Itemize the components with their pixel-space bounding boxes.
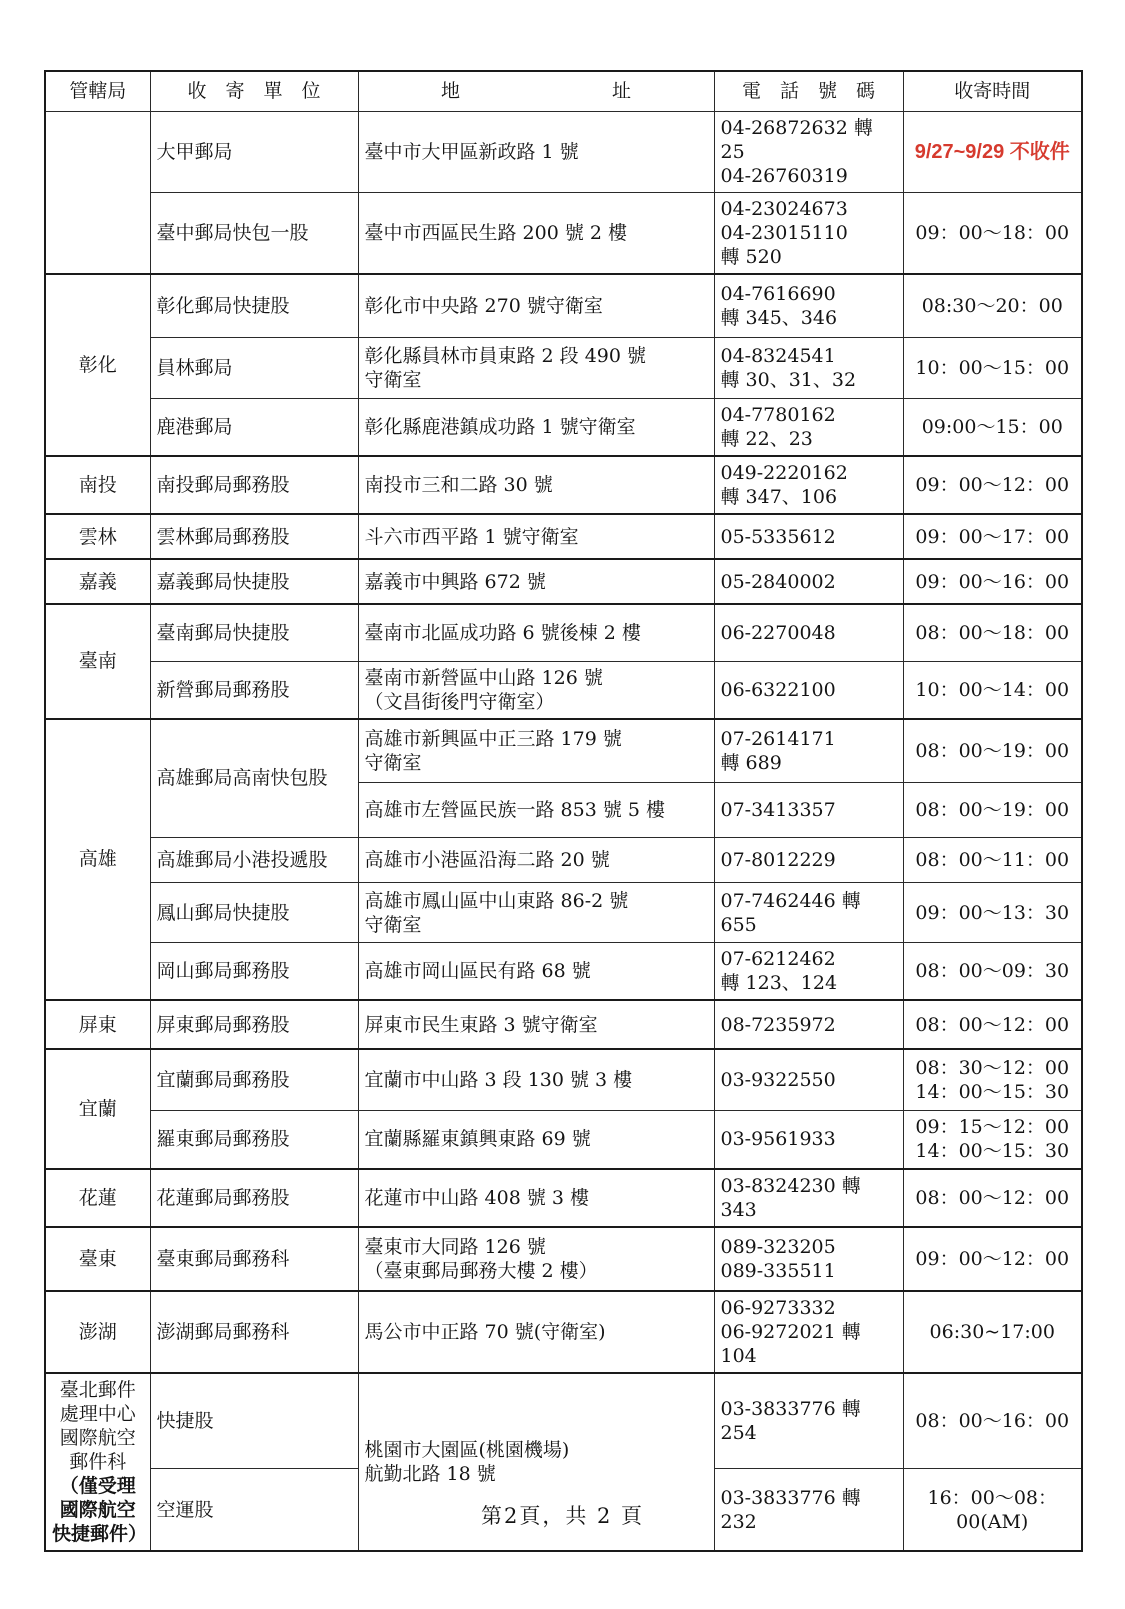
unit-cell: 高雄郵局高南快包股 <box>150 719 358 838</box>
table-row: 羅東郵局郵務股 宜蘭縣羅東鎮興東路 69 號 03-9561933 09：15～… <box>45 1110 1082 1169</box>
bureau-name: 臺北郵件處理中心國際航空郵件科 <box>52 1378 144 1474</box>
time-cell: 10：00～14：00 <box>903 661 1082 719</box>
address-cell: 南投市三和二路 30 號 <box>358 456 714 514</box>
table-row: 澎湖 澎湖郵局郵務科 馬公市中正路 70 號(守衛室) 06-927333206… <box>45 1291 1082 1373</box>
address-cell: 馬公市中正路 70 號(守衛室) <box>358 1291 714 1373</box>
unit-cell: 鳳山郵局快捷股 <box>150 883 358 943</box>
time-cell: 06:30~17:00 <box>903 1291 1082 1373</box>
post-office-table: 管轄局 收 寄 單 位 地 址 電 話 號 碼 收寄時間 大甲郵局 臺中市大甲區… <box>44 70 1083 1552</box>
time-cell: 09：00～12：00 <box>903 1227 1082 1291</box>
time-cell: 08：00～12：00 <box>903 1000 1082 1049</box>
unit-cell: 羅東郵局郵務股 <box>150 1110 358 1169</box>
phone-cell: 04-26872632 轉 2504-26760319 <box>714 111 903 192</box>
address-cell: 高雄市岡山區民有路 68 號 <box>358 943 714 1001</box>
address-cell: 臺東市大同路 126 號（臺東郵局郵務大樓 2 樓） <box>358 1227 714 1291</box>
phone-cell: 06-2270048 <box>714 604 903 661</box>
bureau-cell: 花蓮 <box>45 1169 150 1227</box>
address-cell: 高雄市鳳山區中山東路 86-2 號守衛室 <box>358 883 714 943</box>
table-row: 南投 南投郵局郵務股 南投市三和二路 30 號 049-2220162轉 347… <box>45 456 1082 514</box>
table-row: 臺中郵局快包一股 臺中市西區民生路 200 號 2 樓 04-230246730… <box>45 192 1082 274</box>
address-cell: 高雄市小港區沿海二路 20 號 <box>358 838 714 883</box>
header-time: 收寄時間 <box>903 71 1082 111</box>
unit-cell: 快捷股 <box>150 1373 358 1469</box>
header-bureau: 管轄局 <box>45 71 150 111</box>
table-row: 臺北郵件處理中心國際航空郵件科 （僅受理國際航空快捷郵件） 快捷股 桃園市大園區… <box>45 1373 1082 1469</box>
bureau-cell: 雲林 <box>45 514 150 559</box>
table-row: 臺東 臺東郵局郵務科 臺東市大同路 126 號（臺東郵局郵務大樓 2 樓） 08… <box>45 1227 1082 1291</box>
table-row: 鳳山郵局快捷股 高雄市鳳山區中山東路 86-2 號守衛室 07-7462446 … <box>45 883 1082 943</box>
unit-cell: 雲林郵局郵務股 <box>150 514 358 559</box>
phone-cell: 08-7235972 <box>714 1000 903 1049</box>
bureau-cell: 彰化 <box>45 274 150 457</box>
phone-cell: 089-323205089-335511 <box>714 1227 903 1291</box>
header-unit: 收 寄 單 位 <box>150 71 358 111</box>
page-footer: 第2頁，共 2 頁 <box>0 1500 1125 1530</box>
table-row: 雲林 雲林郵局郵務股 斗六市西平路 1 號守衛室 05-5335612 09：0… <box>45 514 1082 559</box>
time-cell: 08：30～12：0014：00～15：30 <box>903 1049 1082 1110</box>
bureau-cell: 宜蘭 <box>45 1049 150 1169</box>
phone-cell: 07-3413357 <box>714 783 903 838</box>
address-cell: 高雄市新興區中正三路 179 號守衛室 <box>358 719 714 783</box>
address-cell: 屏東市民生東路 3 號守衛室 <box>358 1000 714 1049</box>
bureau-cell: 臺東 <box>45 1227 150 1291</box>
phone-cell: 049-2220162轉 347、106 <box>714 456 903 514</box>
time-cell: 08：00～09：30 <box>903 943 1082 1001</box>
table-row: 彰化 彰化郵局快捷股 彰化市中央路 270 號守衛室 04-7616690轉 3… <box>45 274 1082 338</box>
unit-cell: 宜蘭郵局郵務股 <box>150 1049 358 1110</box>
address-cell: 高雄市左營區民族一路 853 號 5 樓 <box>358 783 714 838</box>
phone-cell: 03-3833776 轉 254 <box>714 1373 903 1469</box>
table-row: 嘉義 嘉義郵局快捷股 嘉義市中興路 672 號 05-2840002 09：00… <box>45 559 1082 604</box>
phone-cell: 07-8012229 <box>714 838 903 883</box>
table-row: 高雄郵局小港投遞股 高雄市小港區沿海二路 20 號 07-8012229 08：… <box>45 838 1082 883</box>
unit-cell: 澎湖郵局郵務科 <box>150 1291 358 1373</box>
header-address: 地 址 <box>358 71 714 111</box>
unit-cell: 花蓮郵局郵務股 <box>150 1169 358 1227</box>
bureau-cell: 高雄 <box>45 719 150 1001</box>
address-cell: 斗六市西平路 1 號守衛室 <box>358 514 714 559</box>
time-cell: 09：00～12：00 <box>903 456 1082 514</box>
address-cell: 花蓮市中山路 408 號 3 樓 <box>358 1169 714 1227</box>
phone-cell: 04-8324541轉 30、31、32 <box>714 338 903 399</box>
phone-cell: 03-9561933 <box>714 1110 903 1169</box>
bureau-cell: 南投 <box>45 456 150 514</box>
bureau-cell: 屏東 <box>45 1000 150 1049</box>
table-row: 高雄 高雄郵局高南快包股 高雄市新興區中正三路 179 號守衛室 07-2614… <box>45 719 1082 783</box>
phone-cell: 05-5335612 <box>714 514 903 559</box>
phone-cell: 04-7616690轉 345、346 <box>714 274 903 338</box>
time-cell: 08：00～11：00 <box>903 838 1082 883</box>
time-cell: 08：00～19：00 <box>903 783 1082 838</box>
phone-cell: 07-6212462轉 123、124 <box>714 943 903 1001</box>
document-page: 管轄局 收 寄 單 位 地 址 電 話 號 碼 收寄時間 大甲郵局 臺中市大甲區… <box>0 0 1125 1609</box>
table-header-row: 管轄局 收 寄 單 位 地 址 電 話 號 碼 收寄時間 <box>45 71 1082 111</box>
address-cell: 彰化縣鹿港鎮成功路 1 號守衛室 <box>358 399 714 457</box>
unit-cell: 新營郵局郵務股 <box>150 661 358 719</box>
time-cell: 09：00～16：00 <box>903 559 1082 604</box>
phone-cell: 06-927333206-9272021 轉 104 <box>714 1291 903 1373</box>
address-cell: 宜蘭縣羅東鎮興東路 69 號 <box>358 1110 714 1169</box>
time-cell: 08:30～20：00 <box>903 274 1082 338</box>
address-cell: 彰化市中央路 270 號守衛室 <box>358 274 714 338</box>
table-row: 臺南 臺南郵局快捷股 臺南市北區成功路 6 號後棟 2 樓 06-2270048… <box>45 604 1082 661</box>
address-cell: 彰化縣員林市員東路 2 段 490 號守衛室 <box>358 338 714 399</box>
unit-cell: 岡山郵局郵務股 <box>150 943 358 1001</box>
header-phone: 電 話 號 碼 <box>714 71 903 111</box>
address-cell: 臺南市新營區中山路 126 號（文昌街後門守衛室） <box>358 661 714 719</box>
unit-cell: 高雄郵局小港投遞股 <box>150 838 358 883</box>
phone-cell: 03-8324230 轉 343 <box>714 1169 903 1227</box>
table-row: 宜蘭 宜蘭郵局郵務股 宜蘭市中山路 3 段 130 號 3 樓 03-93225… <box>45 1049 1082 1110</box>
address-cell: 臺中市西區民生路 200 號 2 樓 <box>358 192 714 274</box>
unit-cell: 彰化郵局快捷股 <box>150 274 358 338</box>
unit-cell: 臺東郵局郵務科 <box>150 1227 358 1291</box>
address-cell: 嘉義市中興路 672 號 <box>358 559 714 604</box>
bureau-cell: 臺南 <box>45 604 150 719</box>
table-row: 岡山郵局郵務股 高雄市岡山區民有路 68 號 07-6212462轉 123、1… <box>45 943 1082 1001</box>
time-cell: 08：00～18：00 <box>903 604 1082 661</box>
table-row: 花蓮 花蓮郵局郵務股 花蓮市中山路 408 號 3 樓 03-8324230 轉… <box>45 1169 1082 1227</box>
phone-cell: 05-2840002 <box>714 559 903 604</box>
table-row: 大甲郵局 臺中市大甲區新政路 1 號 04-26872632 轉 2504-26… <box>45 111 1082 192</box>
unit-cell: 鹿港郵局 <box>150 399 358 457</box>
table-row: 屏東 屏東郵局郵務股 屏東市民生東路 3 號守衛室 08-7235972 08：… <box>45 1000 1082 1049</box>
time-cell: 09：15～12：0014：00～15：30 <box>903 1110 1082 1169</box>
time-cell: 09：00～13：30 <box>903 883 1082 943</box>
time-cell: 09:00～15：00 <box>903 399 1082 457</box>
time-cell: 10：00～15：00 <box>903 338 1082 399</box>
bureau-cell <box>45 111 150 274</box>
table-row: 員林郵局 彰化縣員林市員東路 2 段 490 號守衛室 04-8324541轉 … <box>45 338 1082 399</box>
address-cell: 宜蘭市中山路 3 段 130 號 3 樓 <box>358 1049 714 1110</box>
unit-cell: 屏東郵局郵務股 <box>150 1000 358 1049</box>
time-cell: 09：00～18：00 <box>903 192 1082 274</box>
bureau-cell: 澎湖 <box>45 1291 150 1373</box>
phone-cell: 04-2302467304-23015110轉 520 <box>714 192 903 274</box>
unit-cell: 南投郵局郵務股 <box>150 456 358 514</box>
unit-cell: 臺南郵局快捷股 <box>150 604 358 661</box>
phone-cell: 03-9322550 <box>714 1049 903 1110</box>
unit-cell: 大甲郵局 <box>150 111 358 192</box>
unit-cell: 臺中郵局快包一股 <box>150 192 358 274</box>
time-cell-alert: 9/27~9/29 不收件 <box>903 111 1082 192</box>
time-cell: 08：00～16：00 <box>903 1373 1082 1469</box>
address-cell: 臺南市北區成功路 6 號後棟 2 樓 <box>358 604 714 661</box>
table-row: 鹿港郵局 彰化縣鹿港鎮成功路 1 號守衛室 04-7780162轉 22、23 … <box>45 399 1082 457</box>
phone-cell: 07-2614171轉 689 <box>714 719 903 783</box>
unit-cell: 員林郵局 <box>150 338 358 399</box>
table-row: 新營郵局郵務股 臺南市新營區中山路 126 號（文昌街後門守衛室） 06-632… <box>45 661 1082 719</box>
time-cell: 08：00～12：00 <box>903 1169 1082 1227</box>
unit-cell: 嘉義郵局快捷股 <box>150 559 358 604</box>
phone-cell: 07-7462446 轉 655 <box>714 883 903 943</box>
time-cell: 09：00～17：00 <box>903 514 1082 559</box>
time-cell: 08：00～19：00 <box>903 719 1082 783</box>
address-cell: 臺中市大甲區新政路 1 號 <box>358 111 714 192</box>
bureau-cell: 嘉義 <box>45 559 150 604</box>
phone-cell: 06-6322100 <box>714 661 903 719</box>
phone-cell: 04-7780162轉 22、23 <box>714 399 903 457</box>
